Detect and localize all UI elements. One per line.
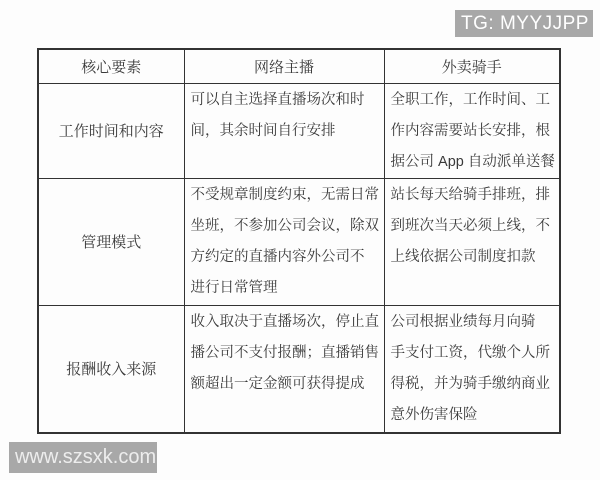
streamer-cell: 不受规章制度约束，无需日常 坐班，不参加公司会议，除双 方约定的直播内容外公司不… (184, 178, 384, 305)
website-watermark-badge: www.szsxk.com (9, 442, 157, 473)
streamer-cell: 可以自主选择直播场次和时 间，其余时间自行安排 (184, 83, 384, 178)
table-row: 工作时间和内容 可以自主选择直播场次和时 间，其余时间自行安排 全职工作，工作时… (38, 83, 560, 178)
factor-cell: 报酬收入来源 (38, 305, 184, 433)
table-row: 管理模式 不受规章制度约束，无需日常 坐班，不参加公司会议，除双 方约定的直播内… (38, 178, 560, 305)
factor-cell: 管理模式 (38, 178, 184, 305)
streamer-cell: 收入取决于直播场次，停止直 播公司不支付报酬；直播销售 额超出一定金额可获得提成 (184, 305, 384, 433)
header-row: 核心要素 网络主播 外卖骑手 (38, 49, 560, 83)
rider-cell: 站长每天给骑手排班，排 到班次当天必须上线，不 上线依据公司制度扣款 (384, 178, 560, 305)
factor-cell: 工作时间和内容 (38, 83, 184, 178)
comparison-table: 核心要素 网络主播 外卖骑手 工作时间和内容 可以自主选择直播场次和时 间，其余… (37, 48, 561, 434)
column-header-rider: 外卖骑手 (384, 49, 560, 83)
telegram-watermark-badge: TG: MYYJJPP (455, 10, 593, 37)
table-row: 报酬收入来源 收入取决于直播场次，停止直 播公司不支付报酬；直播销售 额超出一定… (38, 305, 560, 433)
rider-cell: 全职工作，工作时间、工 作内容需要站长安排，根 据公司 App 自动派单送餐 (384, 83, 560, 178)
rider-cell: 公司根据业绩每月向骑 手支付工资，代缴个人所 得税，并为骑手缴纳商业 意外伤害保… (384, 305, 560, 433)
telegram-watermark-text: TG: MYYJJPP (461, 13, 589, 34)
column-header-streamer: 网络主播 (184, 49, 384, 83)
website-watermark-text: www.szsxk.com (15, 446, 156, 468)
column-header-factor: 核心要素 (38, 49, 184, 83)
page: TG: MYYJJPP 核心要素 网络主播 外卖骑手 工作时间和内容 可以自主选… (0, 0, 600, 480)
